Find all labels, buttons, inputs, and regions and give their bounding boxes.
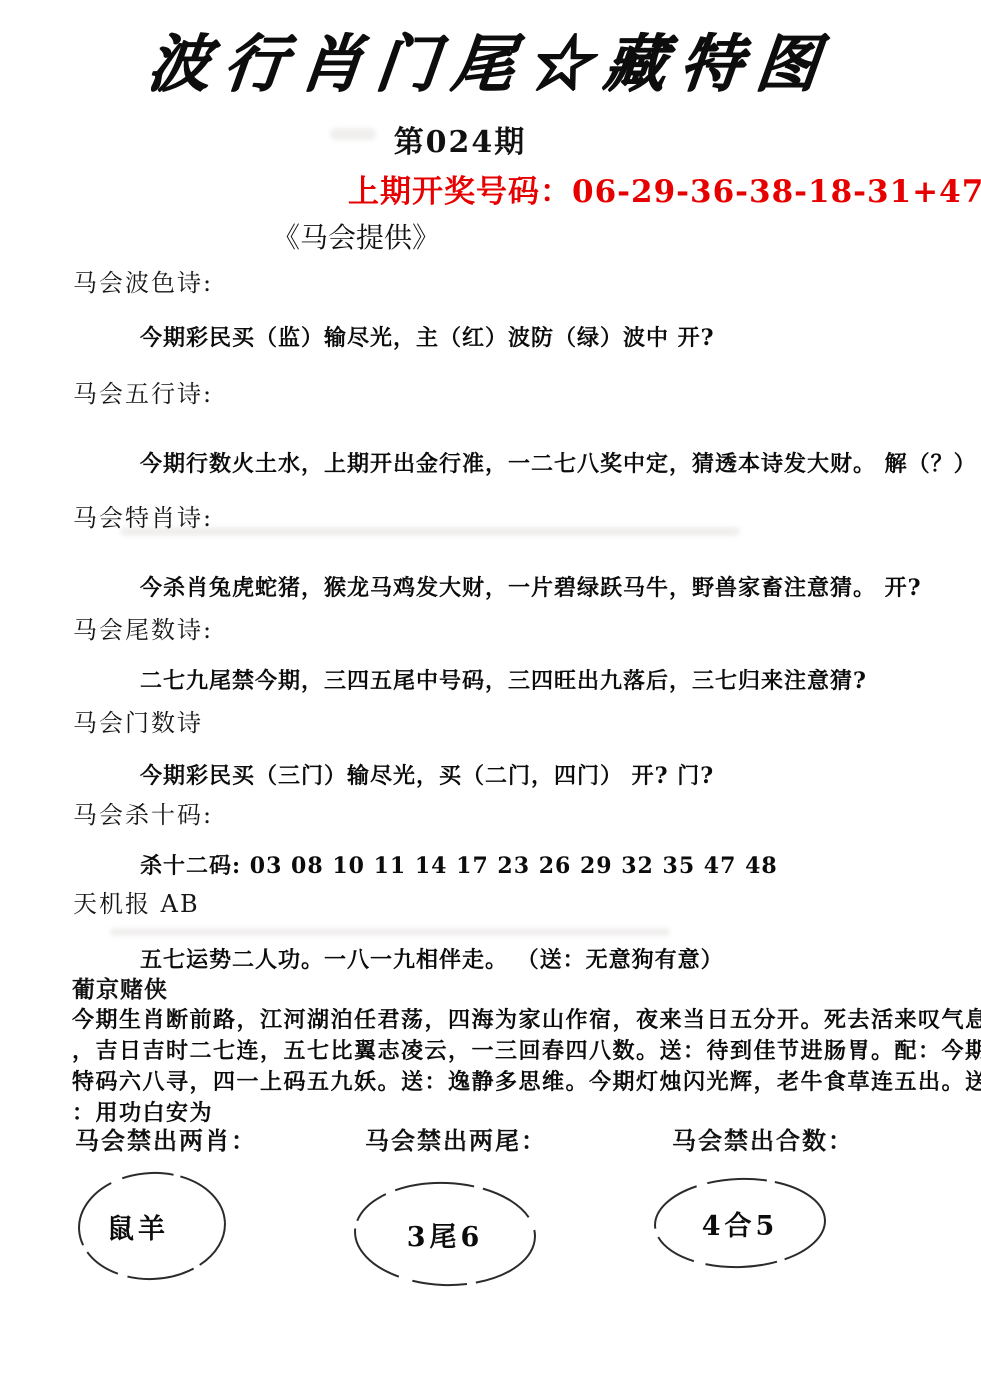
special-zodiac-poem: 今杀肖兔虎蛇猪，猴龙马鸡发大财，一片碧绿跃马牛，野兽家畜注意猜。 开? <box>140 571 922 602</box>
ban-two-tails-value: 3尾6 <box>407 1215 484 1254</box>
wave-color-poem: 今期彩民买（监）输尽光，主（红）波防（绿）波中 开? <box>140 321 715 352</box>
tail-number-poem: 二七九尾禁今期，三四五尾中号码，三四旺出九落后，三七归来注意猜? <box>140 664 867 695</box>
issue-number: 第024期 <box>0 117 920 161</box>
special-zodiac-header: 马会特肖诗: <box>73 498 213 533</box>
last-draw-numbers: 上期开奖号码：06-29-36-38-18-31+47 <box>348 166 981 211</box>
ban-sum-label: 马会禁出合数： <box>672 1121 854 1156</box>
tianji-report-poem: 五七运势二人功。一八一九相伴走。 （送：无意狗有意） <box>140 943 724 974</box>
kill-codes-header: 马会杀十码: <box>73 795 213 830</box>
lottery-tip-sheet: 波行肖门尾☆藏特图 第024期 上期开奖号码：06-29-36-38-18-31… <box>0 0 981 1388</box>
tail-number-header: 马会尾数诗: <box>73 610 213 645</box>
five-elements-header: 马会五行诗: <box>73 374 213 409</box>
ban-two-zodiac-value: 鼠羊 <box>107 1207 169 1246</box>
tianji-report-header: 天机报 AB <box>73 884 200 919</box>
ban-two-tails-label: 马会禁出两尾： <box>365 1121 547 1156</box>
pujing-line: 特码六八寻，四一上码五九妖。送：逸静多思维。今期灯烛闪光辉，老牛食草连五出。送 <box>72 1065 981 1096</box>
wave-color-header: 马会波色诗: <box>73 263 213 298</box>
ban-sum-oval: 4合5 <box>652 1176 828 1270</box>
gate-number-poem: 今期彩民买（三门）输尽光，买（二门，四门） 开? 门? <box>140 759 714 790</box>
ban-two-zodiac-label: 马会禁出两肖： <box>75 1121 257 1156</box>
page-title: 波行肖门尾☆藏特图 <box>0 14 981 103</box>
kill-codes-list: 杀十二码: 03 08 10 11 14 17 23 26 29 32 35 4… <box>140 849 778 880</box>
five-elements-poem: 今期行数火土水，上期开出金行准，一二七八奖中定，猜透本诗发大财。 解（？） <box>140 447 977 478</box>
ban-sum-value: 4合5 <box>702 1204 779 1243</box>
ban-two-zodiac-oval: 鼠羊 <box>76 1170 228 1282</box>
pujing-header: 葡京赌侠 <box>72 971 168 1004</box>
scan-smudge <box>110 928 670 936</box>
provider-note: 《马会提供》 <box>272 216 440 256</box>
pujing-line: ，吉日吉时二七连，五七比翼志凌云，一三回春四八数。送：待到佳节进肠胃。配：今期 <box>72 1034 981 1065</box>
gate-number-header: 马会门数诗 <box>73 703 203 738</box>
pujing-line: 今期生肖断前路，江河湖泊任君荡，四海为家山作宿，夜来当日五分开。死去活来叹气息 <box>72 1003 981 1034</box>
ban-two-tails-oval: 3尾6 <box>352 1180 538 1288</box>
